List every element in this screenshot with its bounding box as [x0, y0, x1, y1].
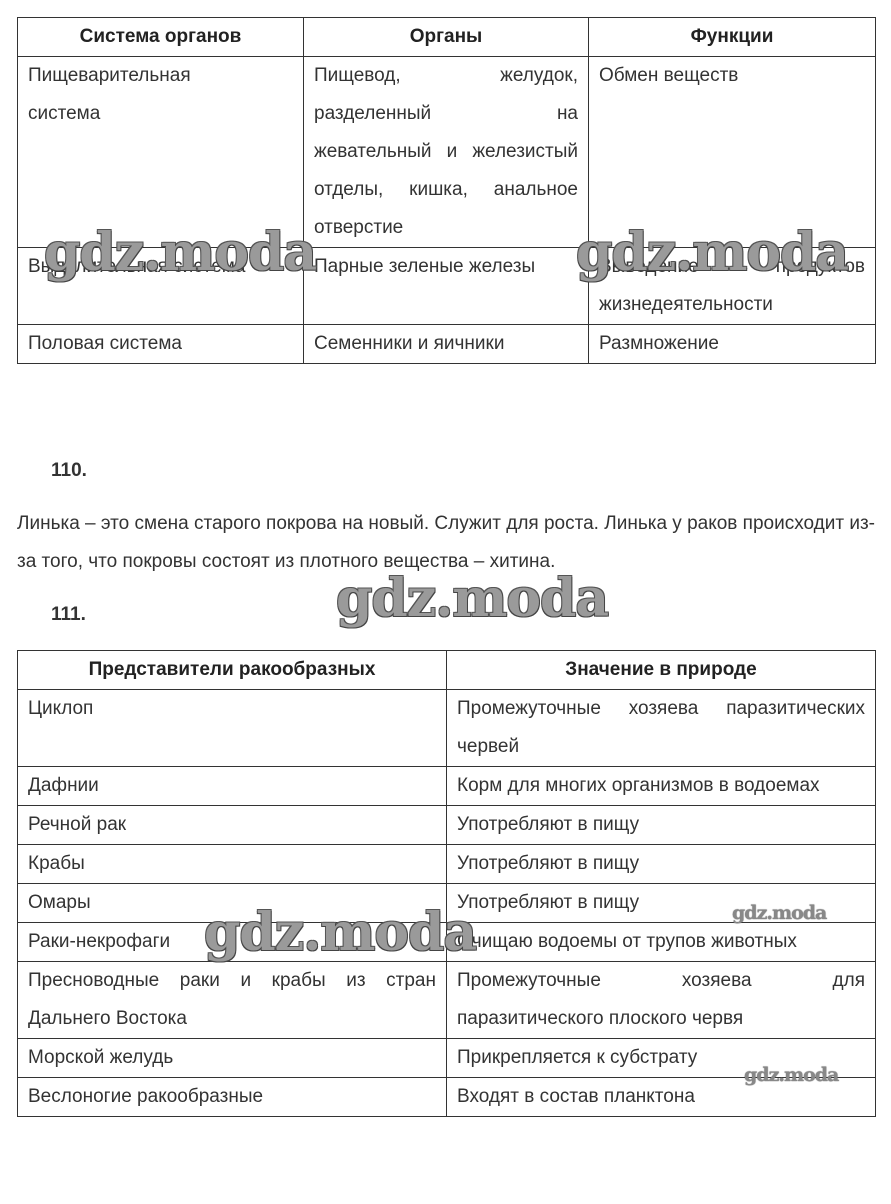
table-row: Циклоп Промежуточные хозяева паразитичес… [18, 690, 876, 767]
table-cell: Циклоп [18, 690, 447, 767]
table-cell: Выделительная система [18, 248, 304, 325]
table-row: Пресноводные раки и крабы из стран Дальн… [18, 962, 876, 1039]
table-header-row: Представители ракообразных Значение в пр… [18, 651, 876, 690]
table-cell: Обмен веществ [589, 57, 876, 248]
table-cell: Корм для многих организмов в водоемах [447, 767, 876, 806]
table-row: Крабы Употребляют в пищу [18, 845, 876, 884]
table-cell: Веслоногие ракообразные [18, 1078, 447, 1117]
exercise-number-110: 110. [51, 460, 87, 482]
header-cell: Система органов [18, 18, 304, 57]
table-cell: Омары [18, 884, 447, 923]
table-cell: Прикрепляется к субстрату [447, 1039, 876, 1078]
table-cell: Половая система [18, 325, 304, 364]
table-row: Раки-некрофаги Очищаю водоемы от трупов … [18, 923, 876, 962]
table-cell: Употребляют в пищу [447, 884, 876, 923]
table-row: Пищеварительная система Пищевод, желудок… [18, 57, 876, 248]
table-cell: Раки-некрофаги [18, 923, 447, 962]
table-cell: Употребляют в пищу [447, 845, 876, 884]
table-cell: Пресноводные раки и крабы из стран Дальн… [18, 962, 447, 1039]
table-cell: Крабы [18, 845, 447, 884]
table-cell: Парные зеленые железы [304, 248, 589, 325]
table-cell: Выведение продуктов жизнедеятельности [589, 248, 876, 325]
table-row: Морской желудь Прикрепляется к субстрату [18, 1039, 876, 1078]
header-cell: Значение в природе [447, 651, 876, 690]
exercise-110-answer: Линька – это смена старого покрова на но… [17, 505, 875, 581]
table-row: Речной рак Употребляют в пищу [18, 806, 876, 845]
table-header-row: Система органов Органы Функции [18, 18, 876, 57]
table-cell: Промежуточные хозяева паразитических чер… [447, 690, 876, 767]
table-cell: Пищевод, желудок, разделенный на жевател… [304, 57, 589, 248]
header-cell: Представители ракообразных [18, 651, 447, 690]
header-cell: Органы [304, 18, 589, 57]
table-row: Дафнии Корм для многих организмов в водо… [18, 767, 876, 806]
table-row: Половая система Семенники и яичники Разм… [18, 325, 876, 364]
table-cell: Дафнии [18, 767, 447, 806]
organ-systems-table: Система органов Органы Функции Пищеварит… [17, 17, 876, 364]
table-row: Выделительная система Парные зеленые жел… [18, 248, 876, 325]
header-cell: Функции [589, 18, 876, 57]
table-cell: Семенники и яичники [304, 325, 589, 364]
table-cell: Размножение [589, 325, 876, 364]
crustaceans-table: Представители ракообразных Значение в пр… [17, 650, 876, 1117]
table-cell: Употребляют в пищу [447, 806, 876, 845]
table-cell: Пищеварительная система [18, 57, 304, 248]
table-cell: Очищаю водоемы от трупов животных [447, 923, 876, 962]
table-row: Веслоногие ракообразные Входят в состав … [18, 1078, 876, 1117]
table-cell: Входят в состав планктона [447, 1078, 876, 1117]
table-cell: Речной рак [18, 806, 447, 845]
table-cell: Промежуточные хозяева для паразитическог… [447, 962, 876, 1039]
table-row: Омары Употребляют в пищу [18, 884, 876, 923]
exercise-number-111: 111. [51, 604, 86, 626]
table-cell: Морской желудь [18, 1039, 447, 1078]
